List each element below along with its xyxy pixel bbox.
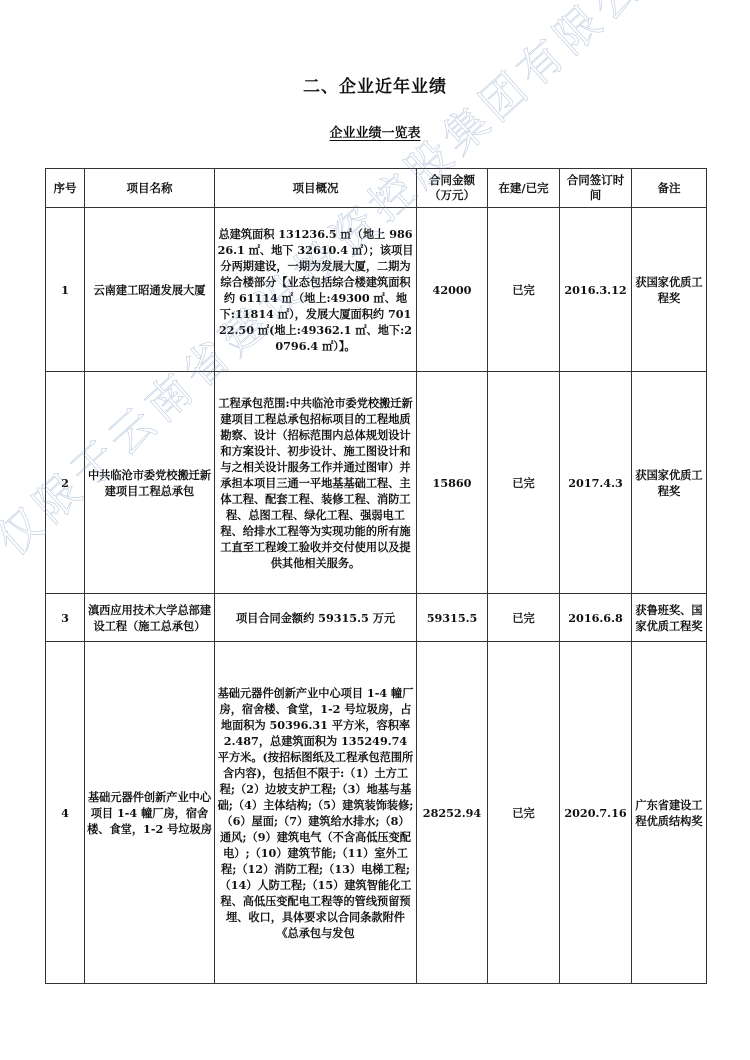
- cell-amount: 15860: [417, 372, 488, 594]
- table-title-text: 企业业绩一览表: [329, 126, 420, 141]
- performance-table: 序号 项目名称 项目概况 合同金额（万元） 在建/已完 合同签订时间 备注 1 …: [45, 168, 707, 984]
- cell-overview: 总建筑面积 131236.5 ㎡（地上 98626.1 ㎡、地下 32610.4…: [215, 208, 417, 372]
- header-sign-date: 合同签订时间: [560, 169, 632, 208]
- cell-seq: 4: [46, 642, 85, 984]
- cell-remark: 广东省建设工程优质结构奖: [632, 642, 707, 984]
- cell-seq: 3: [46, 594, 85, 642]
- table-title: 企业业绩一览表: [0, 122, 750, 141]
- table-row: 3 滇西应用技术大学总部建设工程（施工总承包） 项目合同金额约 59315.5 …: [46, 594, 707, 642]
- header-overview: 项目概况: [215, 169, 417, 208]
- cell-sign-date: 2017.4.3: [560, 372, 632, 594]
- table-row: 2 中共临沧市委党校搬迁新建项目工程总承包 工程承包范围:中共临沧市委党校搬迁新…: [46, 372, 707, 594]
- cell-overview: 项目合同金额约 59315.5 万元: [215, 594, 417, 642]
- cell-remark: 获国家优质工程奖: [632, 208, 707, 372]
- cell-status: 已完: [488, 642, 560, 984]
- header-remark: 备注: [632, 169, 707, 208]
- cell-name: 基础元器件创新产业中心项目 1-4 幢厂房，宿舍楼、食堂，1-2 号垃圾房: [85, 642, 215, 984]
- cell-status: 已完: [488, 372, 560, 594]
- header-status: 在建/已完: [488, 169, 560, 208]
- cell-amount: 59315.5: [417, 594, 488, 642]
- cell-amount: 28252.94: [417, 642, 488, 984]
- cell-sign-date: 2016.3.12: [560, 208, 632, 372]
- cell-sign-date: 2020.7.16: [560, 642, 632, 984]
- cell-seq: 1: [46, 208, 85, 372]
- cell-overview: 基础元器件创新产业中心项目 1-4 幢厂房，宿舍楼、食堂，1-2 号垃圾房，占地…: [215, 642, 417, 984]
- cell-name: 滇西应用技术大学总部建设工程（施工总承包）: [85, 594, 215, 642]
- cell-status: 已完: [488, 594, 560, 642]
- header-amount: 合同金额（万元）: [417, 169, 488, 208]
- cell-name: 云南建工昭通发展大厦: [85, 208, 215, 372]
- header-seq: 序号: [46, 169, 85, 208]
- section-title: 二、企业近年业绩: [0, 72, 750, 97]
- cell-name: 中共临沧市委党校搬迁新建项目工程总承包: [85, 372, 215, 594]
- cell-remark: 获国家优质工程奖: [632, 372, 707, 594]
- cell-sign-date: 2016.6.8: [560, 594, 632, 642]
- header-row: 序号 项目名称 项目概况 合同金额（万元） 在建/已完 合同签订时间 备注: [46, 169, 707, 208]
- cell-status: 已完: [488, 208, 560, 372]
- table-row: 4 基础元器件创新产业中心项目 1-4 幢厂房，宿舍楼、食堂，1-2 号垃圾房 …: [46, 642, 707, 984]
- cell-amount: 42000: [417, 208, 488, 372]
- cell-overview: 工程承包范围:中共临沧市委党校搬迁新建项目工程总承包招标项目的工程地质勘察、设计…: [215, 372, 417, 594]
- cell-remark: 获鲁班奖、国家优质工程奖: [632, 594, 707, 642]
- table-row: 1 云南建工昭通发展大厦 总建筑面积 131236.5 ㎡（地上 98626.1…: [46, 208, 707, 372]
- cell-seq: 2: [46, 372, 85, 594]
- header-name: 项目名称: [85, 169, 215, 208]
